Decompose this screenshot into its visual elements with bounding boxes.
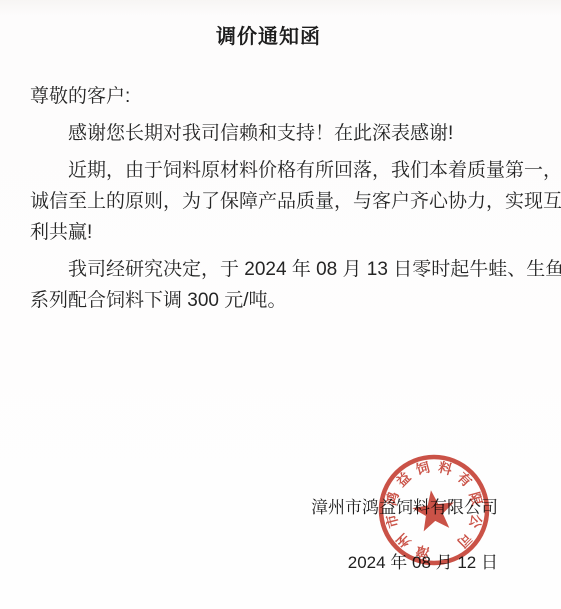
paragraph: 近期，由于饲料原材料价格有所回落，我们本着质量第一，诚信至上的原则，为了保障产品… [30,155,539,248]
body-line: 利共赢! [30,217,539,248]
body-line: 感谢您长期对我司信赖和支持！在此深表感谢! [30,118,539,149]
seal-ring-char: 公 [466,513,484,530]
body-paragraphs: 感谢您长期对我司信赖和支持！在此深表感谢!近期，由于饲料原材料价格有所回落，我们… [30,118,539,316]
body-line: 系列配合饲料下调 300 元/吨。 [30,285,539,316]
body-line: 我司经研究决定，于 2024 年 08 月 13 日零时起牛蛙、生鱼 [30,254,539,285]
notice-letter-page: 调价通知函 尊敬的客户: 感谢您长期对我司信赖和支持！在此深表感谢!近期，由于饲… [0,0,561,609]
paragraph: 感谢您长期对我司信赖和支持！在此深表感谢! [30,118,539,149]
body-line: 诚信至上的原则，为了保障产品质量，与客户齐心协力，实现互 [30,186,539,217]
salutation: 尊敬的客户: [30,81,539,112]
letter-title: 调价通知函 [0,20,549,49]
seal-ring-char: 限 [467,490,485,507]
seal-ring-char: 料 [437,459,454,477]
star-icon [410,487,457,532]
body-line: 近期，由于饲料原材料价格有所回落，我们本着质量第一， [30,155,539,186]
letter-body: 尊敬的客户: 感谢您长期对我司信赖和支持！在此深表感谢!近期，由于饲料原材料价格… [30,81,539,316]
paragraph: 我司经研究决定，于 2024 年 08 月 13 日零时起牛蛙、生鱼系列配合饲料… [30,254,539,316]
company-seal: 漳州市鸿益饲料有限公司 [374,450,494,570]
